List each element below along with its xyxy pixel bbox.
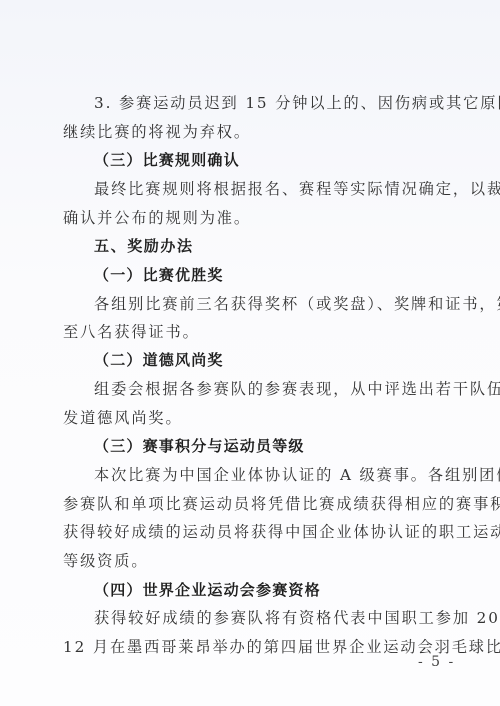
section-heading-world-games-qualification: （四）世界企业运动会参赛资格	[94, 580, 474, 600]
part-heading-awards: 五、奖励办法	[94, 236, 474, 256]
winner-award-line-2: 至八名获得证书。	[63, 322, 443, 342]
document-page: 3. 参赛运动员迟到 15 分钟以上的、因伤病或其它原因不能 继续比赛的将视为弃…	[0, 0, 500, 706]
rule3-line-1: 3. 参赛运动员迟到 15 分钟以上的、因伤病或其它原因不能	[94, 93, 474, 113]
points-grade-line-2: 参赛队和单项比赛运动员将凭借比赛成绩获得相应的赛事积分；	[63, 494, 443, 514]
world-games-line-1: 获得较好成绩的参赛队将有资格代表中国职工参加 2023 年	[94, 608, 474, 628]
page-number: - 5 -	[418, 654, 455, 670]
rule3-line-2: 继续比赛的将视为弃权。	[63, 122, 443, 142]
rules-confirmation-line-1: 最终比赛规则将根据报名、赛程等实际情况确定，以裁判组	[94, 179, 474, 199]
sportsmanship-award-line-2: 发道德风尚奖。	[63, 408, 443, 428]
section-heading-winner-award: （一）比赛优胜奖	[94, 265, 474, 285]
points-grade-line-4: 等级资质。	[63, 551, 443, 571]
points-grade-line-3: 获得较好成绩的运动员将获得中国企业体协认证的职工运动员	[63, 522, 443, 542]
rules-confirmation-line-2: 确认并公布的规则为准。	[63, 208, 443, 228]
points-grade-line-1: 本次比赛为中国企业体协认证的 A 级赛事。各组别团体比赛	[94, 465, 474, 485]
section-heading-sportsmanship-award: （二）道德风尚奖	[94, 350, 474, 370]
section-heading-points-and-grade: （三）赛事积分与运动员等级	[94, 436, 474, 456]
section-heading-rules-confirmation: （三）比赛规则确认	[94, 150, 474, 170]
sportsmanship-award-line-1: 组委会根据各参赛队的参赛表现，从中评选出若干队伍，颁	[94, 379, 474, 399]
world-games-line-2: 12 月在墨西哥莱昂举办的第四届世界企业运动会羽毛球比赛。	[63, 637, 443, 657]
winner-award-line-1: 各组别比赛前三名获得奖杯（或奖盘）、奖牌和证书，第四	[94, 294, 474, 314]
